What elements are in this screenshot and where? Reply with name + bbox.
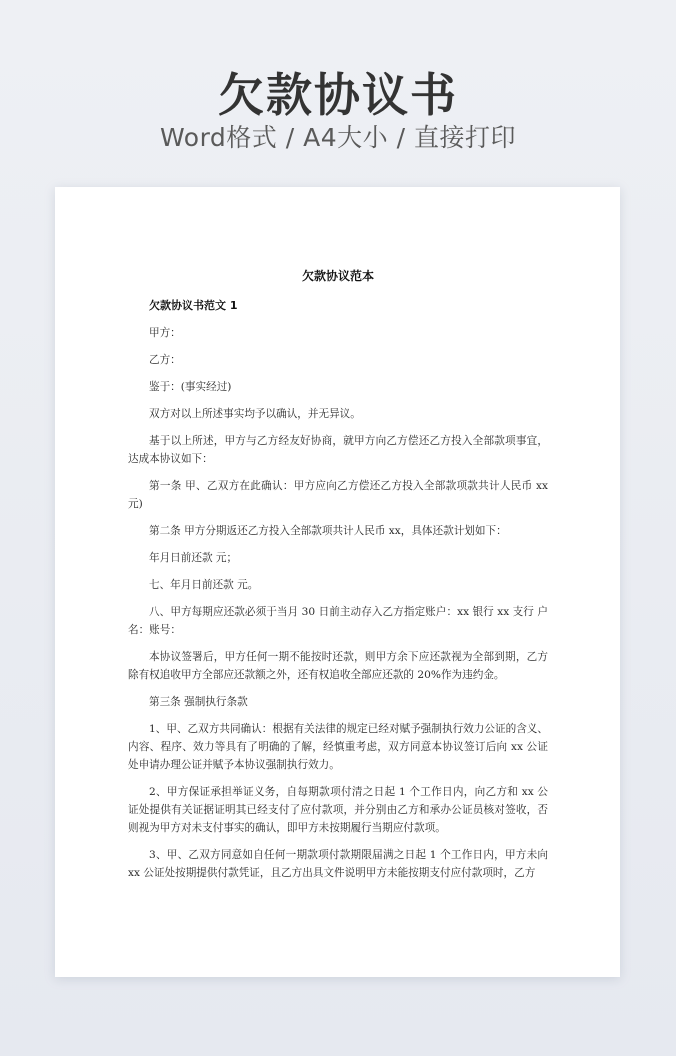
page-subtitle: Word格式 / A4大小 / 直接打印 bbox=[0, 120, 676, 156]
doc-paragraph-heading: 欠款协议书范文 1 bbox=[128, 297, 548, 315]
document-page: 欠款协议范本 欠款协议书范文 1 甲方： 乙方： 鉴于：(事实经过) 双方对以上… bbox=[55, 187, 620, 977]
doc-paragraph-party-b: 乙方： bbox=[128, 351, 548, 369]
doc-paragraph: 2、甲方保证承担举证义务，自每期款项付清之日起 1 个工作日内，向乙方和 xx … bbox=[128, 783, 548, 837]
doc-paragraph-article-3: 第三条 强制执行条款 bbox=[128, 693, 548, 711]
doc-paragraph: 3、甲、乙双方同意如自任何一期款项付款期限届满之日起 1 个工作日内，甲方未向 … bbox=[128, 846, 548, 882]
doc-paragraph-article-1: 第一条 甲、乙双方在此确认：甲方应向乙方偿还乙方投入全部款项款共计人民币 xx … bbox=[128, 477, 548, 513]
doc-paragraph: 双方对以上所述事实均予以确认，并无异议。 bbox=[128, 405, 548, 423]
doc-paragraph-party-a: 甲方： bbox=[128, 324, 548, 342]
doc-paragraph: 年月日前还款 元； bbox=[128, 549, 548, 567]
doc-paragraph: 1、甲、乙双方共同确认：根据有关法律的规定已经对赋予强制执行效力公证的含义、内容… bbox=[128, 720, 548, 774]
document-title: 欠款协议范本 bbox=[128, 267, 548, 285]
doc-paragraph: 基于以上所述，甲方与乙方经友好协商，就甲方向乙方偿还乙方投入全部款项事宜，达成本… bbox=[128, 432, 548, 468]
page-title: 欠款协议书 bbox=[0, 66, 676, 124]
doc-paragraph-whereas: 鉴于：(事实经过) bbox=[128, 378, 548, 396]
doc-paragraph: 八、甲方每期应还款必须于当月 30 日前主动存入乙方指定账户：xx 银行 xx … bbox=[128, 603, 548, 639]
doc-paragraph-article-2: 第二条 甲方分期返还乙方投入全部款项共计人民币 xx，具体还款计划如下： bbox=[128, 522, 548, 540]
doc-paragraph: 七、年月日前还款 元。 bbox=[128, 576, 548, 594]
document-body: 欠款协议范本 欠款协议书范文 1 甲方： 乙方： 鉴于：(事实经过) 双方对以上… bbox=[128, 267, 548, 891]
doc-paragraph: 本协议签署后，甲方任何一期不能按时还款，则甲方余下应还款视为全部到期，乙方除有权… bbox=[128, 648, 548, 684]
